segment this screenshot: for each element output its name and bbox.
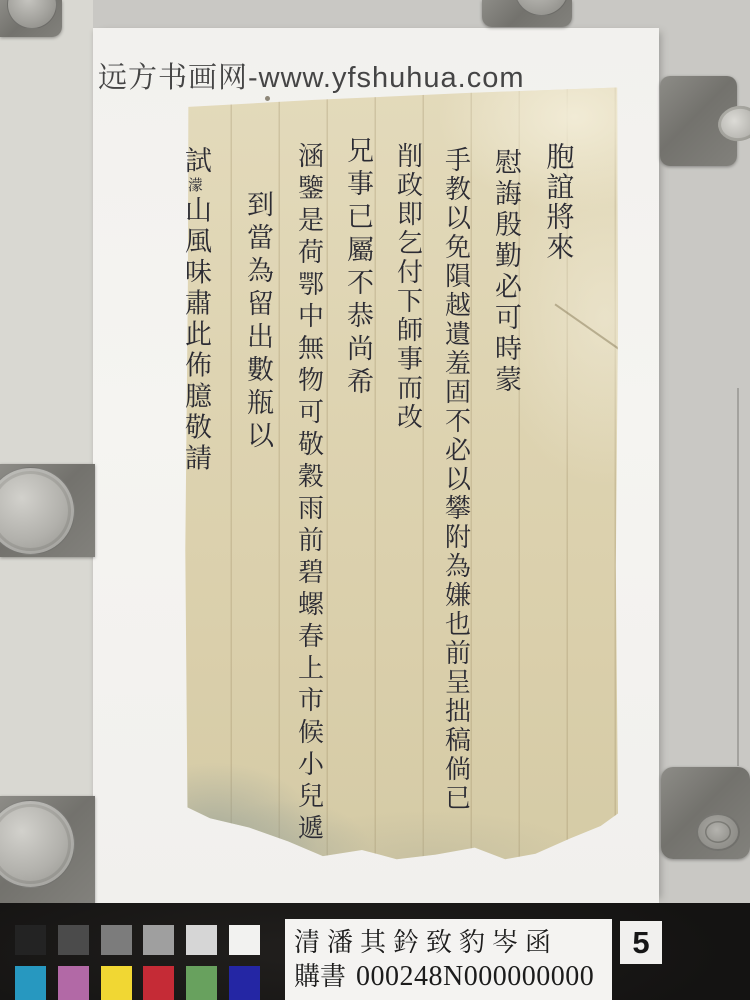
column-text: 胞誼將來 <box>542 142 575 262</box>
gray-patch-4 <box>143 925 174 955</box>
archive-photo: 远方书画网-www.yfshuhua.com 胞誼將來慰誨殷勤必可時蒙手教以免隕… <box>0 0 750 1000</box>
sheet-number-tag: 5 <box>620 921 662 964</box>
watermark-text: 远方书画网-www.yfshuhua.com <box>98 55 525 96</box>
column-text: 山風味肅此佈臆敬請 <box>180 196 211 475</box>
color-patch-5 <box>186 966 217 1000</box>
acquisition-label: 購書 <box>294 962 346 991</box>
column-text: 手教以免隕越遺羞固不必以攀附為嫌也前呈拙稿倘已 <box>440 146 470 813</box>
gray-patch-6 <box>229 925 260 955</box>
color-patch-2 <box>58 966 89 1000</box>
column-text: 試 <box>180 146 211 177</box>
column-text: 到當為留出數瓶以 <box>242 190 273 454</box>
inline-small-char: 濛 <box>186 177 204 196</box>
gray-patch-2 <box>58 925 89 955</box>
column-text: 涵鑒是荷鄂中無物可敬穀雨前碧螺春上市候小兒遞 <box>293 142 323 846</box>
column-text: 削政即乞付下師事而改 <box>392 142 422 432</box>
magnet-button-inner-ring <box>705 821 731 843</box>
magnet-button-bottom-right <box>696 813 740 851</box>
column-text: 慰誨殷勤必可時蒙 <box>490 148 521 396</box>
color-patch-3 <box>101 966 132 1000</box>
sheet-number: 5 <box>632 925 649 961</box>
column-text: 兄事已屬不恭尚希 <box>342 136 373 400</box>
paper-speck <box>265 96 270 101</box>
gray-patch-1 <box>15 925 46 955</box>
letter-text: 胞誼將來慰誨殷勤必可時蒙手教以免隕越遺羞固不必以攀附為嫌也前呈拙稿倘已削政即乞付… <box>0 0 750 903</box>
catalog-number: 000248N000000000 <box>356 961 594 992</box>
color-patch-1 <box>15 966 46 1000</box>
gray-patch-5 <box>186 925 217 955</box>
catalog-number-line: 購書000248N000000000 <box>294 956 594 993</box>
letter-column: 試濛山風味肅此佈臆敬請 <box>180 146 210 475</box>
letter-column: 胞誼將來 <box>543 142 574 262</box>
archival-info-strip: 清潘其鈐致豹岑函 購書000248N000000000 5 <box>0 903 750 1000</box>
letter-column: 到當為留出數瓶以 <box>242 190 272 454</box>
letter-column: 手教以免隕越遺羞固不必以攀附為嫌也前呈拙稿倘已 <box>441 146 470 813</box>
color-patch-6 <box>229 966 260 1000</box>
gray-patch-3 <box>101 925 132 955</box>
letter-column: 削政即乞付下師事而改 <box>393 142 422 432</box>
letter-column: 兄事已屬不恭尚希 <box>342 136 372 400</box>
color-patch-4 <box>143 966 174 1000</box>
catalog-label: 清潘其鈐致豹岑函 購書000248N000000000 <box>285 919 612 1000</box>
letter-column: 涵鑒是荷鄂中無物可敬穀雨前碧螺春上市候小兒遞 <box>294 142 323 846</box>
letter-column: 慰誨殷勤必可時蒙 <box>490 148 520 396</box>
catalog-title: 清潘其鈐致豹岑函 <box>294 922 558 959</box>
